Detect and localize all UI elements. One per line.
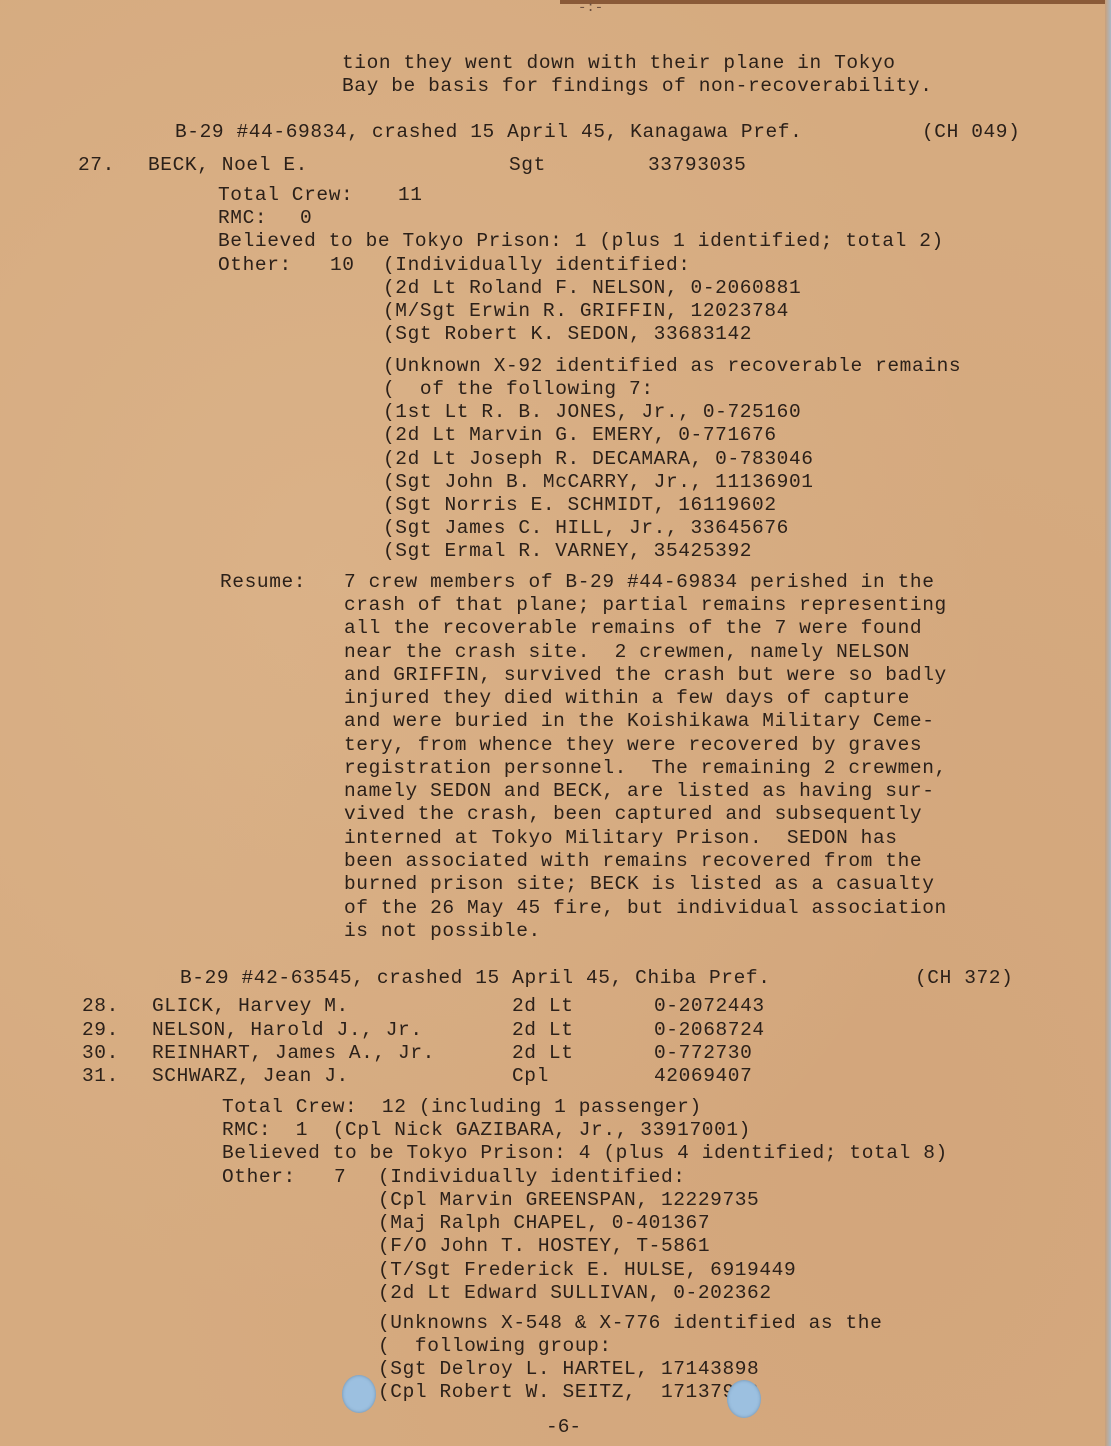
resume-line: near the crash site. 2 crewmen, namely N… — [344, 641, 910, 664]
resume-line: is not possible. — [344, 920, 541, 943]
resume-line: and GRIFFIN, survived the crash but were… — [344, 664, 947, 687]
resume-line: interned at Tokyo Military Prison. SEDON… — [344, 827, 898, 850]
resume-line: 7 crew members of B-29 #44-69834 perishe… — [344, 571, 935, 594]
identified-line: (Individually identified: — [378, 1166, 686, 1189]
resume-label: Resume: — [220, 571, 306, 594]
person-name: SCHWARZ, Jean J. — [152, 1065, 349, 1088]
total-crew-label: Total Crew: — [218, 184, 353, 207]
unknown-line: (Sgt James C. HILL, Jr., 33645676 — [383, 517, 789, 540]
page-edge-shadow — [560, 0, 1111, 4]
top-marker: -:- — [578, 0, 603, 16]
person-name: NELSON, Harold J., Jr. — [152, 1019, 423, 1042]
other-count: 10 — [330, 254, 355, 277]
other-label: Other: — [218, 254, 292, 277]
person-rank: 2d Lt — [512, 1019, 574, 1042]
identified-line: (2d Lt Roland F. NELSON, 0-2060881 — [383, 277, 801, 300]
page-right-edge — [1105, 0, 1111, 1446]
unknown-line: ( following group: — [378, 1335, 612, 1358]
person-serial: 42069407 — [654, 1065, 752, 1088]
person-serial: 0-2072443 — [654, 995, 765, 1018]
person-number: 27. — [78, 154, 115, 177]
unknown-line: (Sgt John B. McCARRY, Jr., 11136901 — [383, 471, 814, 494]
rmc-value: 0 — [300, 207, 312, 230]
identified-line: (M/Sgt Erwin R. GRIFFIN, 12023784 — [383, 300, 789, 323]
unknown-line: (Sgt Ermal R. VARNEY, 35425392 — [383, 540, 752, 563]
resume-line: burned prison site; BECK is listed as a … — [344, 873, 935, 896]
section-header: B-29 #42-63545, crashed 15 April 45, Chi… — [180, 967, 771, 990]
page-number: -6- — [546, 1416, 581, 1439]
rmc-line: RMC: 1 (Cpl Nick GAZIBARA, Jr., 33917001… — [222, 1119, 751, 1142]
resume-line: namely SEDON and BECK, are listed as hav… — [344, 780, 935, 803]
section-code: (CH 372) — [915, 967, 1013, 990]
resume-line: been associated with remains recovered f… — [344, 850, 922, 873]
unknown-line: (Sgt Delroy L. HARTEL, 17143898 — [378, 1358, 759, 1381]
person-name: GLICK, Harvey M. — [152, 995, 349, 1018]
resume-line: all the recoverable remains of the 7 wer… — [344, 617, 922, 640]
person-serial: 0-2068724 — [654, 1019, 765, 1042]
document-page: -:- tion they went down with their plane… — [0, 0, 1111, 1446]
other-label: Other: — [222, 1166, 296, 1189]
rmc-label: RMC: — [218, 207, 267, 230]
section-header: B-29 #44-69834, crashed 15 April 45, Kan… — [175, 121, 802, 144]
unknown-line: (Unknown X-92 identified as recoverable … — [383, 355, 961, 378]
identified-line: (T/Sgt Frederick E. HULSE, 6919449 — [378, 1259, 796, 1282]
person-rank: Sgt — [509, 154, 546, 177]
person-rank: 2d Lt — [512, 995, 574, 1018]
resume-line: crash of that plane; partial remains rep… — [344, 594, 947, 617]
punch-hole — [727, 1380, 761, 1418]
unknown-line: (2d Lt Joseph R. DECAMARA, 0-783046 — [383, 448, 814, 471]
person-number: 29. — [82, 1019, 119, 1042]
punch-hole — [342, 1375, 376, 1413]
unknown-line: (Unknowns X-548 & X-776 identified as th… — [378, 1312, 882, 1335]
identified-line: (Maj Ralph CHAPEL, 0-401367 — [378, 1212, 710, 1235]
prison-line: Believed to be Tokyo Prison: 4 (plus 4 i… — [222, 1142, 948, 1165]
unknown-line: (1st Lt R. B. JONES, Jr., 0-725160 — [383, 401, 801, 424]
resume-line: of the 26 May 45 fire, but individual as… — [344, 897, 947, 920]
identified-line: (Cpl Marvin GREENSPAN, 12229735 — [378, 1189, 759, 1212]
section-code: (CH 049) — [922, 121, 1020, 144]
resume-line: vived the crash, been captured and subse… — [344, 803, 922, 826]
total-crew-value: 11 — [398, 184, 423, 207]
person-name: BECK, Noel E. — [148, 154, 308, 177]
person-number: 31. — [82, 1065, 119, 1088]
person-number: 30. — [82, 1042, 119, 1065]
resume-line: tery, from whence they were recovered by… — [344, 734, 922, 757]
unknown-line: (Cpl Robert W. SEITZ, 17137929 — [378, 1381, 759, 1404]
continuation-line: tion they went down with their plane in … — [342, 52, 896, 75]
other-count: 7 — [334, 1166, 346, 1189]
resume-line: injured they died within a few days of c… — [344, 687, 910, 710]
unknown-line: (2d Lt Marvin G. EMERY, 0-771676 — [383, 424, 777, 447]
identified-line: (F/O John T. HOSTEY, T-5861 — [378, 1235, 710, 1258]
prison-line: Believed to be Tokyo Prison: 1 (plus 1 i… — [218, 230, 944, 253]
identified-line: (Sgt Robert K. SEDON, 33683142 — [383, 323, 752, 346]
person-serial: 33793035 — [648, 154, 746, 177]
identified-line: (2d Lt Edward SULLIVAN, 0-202362 — [378, 1282, 772, 1305]
person-number: 28. — [82, 995, 119, 1018]
person-rank: Cpl — [512, 1065, 549, 1088]
total-crew-line: Total Crew: 12 (including 1 passenger) — [222, 1096, 702, 1119]
identified-line: (Individually identified: — [383, 254, 691, 277]
continuation-line: Bay be basis for findings of non-recover… — [342, 75, 933, 98]
unknown-line: ( of the following 7: — [383, 378, 654, 401]
person-name: REINHART, James A., Jr. — [152, 1042, 435, 1065]
unknown-line: (Sgt Norris E. SCHMIDT, 16119602 — [383, 494, 777, 517]
resume-line: and were buried in the Koishikawa Milita… — [344, 710, 935, 733]
resume-line: registration personnel. The remaining 2 … — [344, 757, 947, 780]
person-rank: 2d Lt — [512, 1042, 574, 1065]
person-serial: 0-772730 — [654, 1042, 752, 1065]
